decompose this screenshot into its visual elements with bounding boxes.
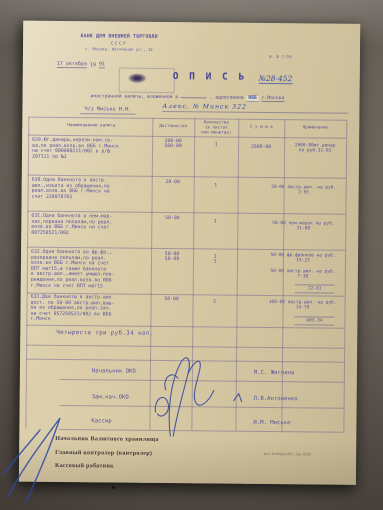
row-630-name: 630.Одна банкнота в австр. шил.,изъята и…	[32, 178, 152, 202]
row-630-denomination: 20-00	[154, 180, 192, 185]
subtitle-line: иностранной валюты, вложенной в , адресо…	[91, 91, 353, 103]
row-632-name: 632.Одна банкнота во фр.фр., разорвана п…	[31, 250, 151, 290]
table-line	[26, 345, 344, 349]
col-header-name: Наименование валюты	[32, 123, 150, 129]
bank-address: г. Москва, Неглинная ул., 12	[53, 45, 185, 53]
col-header-quantity: Количество (в листах или монетах)	[195, 120, 237, 135]
signature-rule	[60, 379, 344, 383]
row-632-note-francs: 50-00 фр.франков на руб. 15-23	[261, 253, 345, 265]
form-number: Ф. № 7/58	[269, 54, 292, 59]
footer-roles: Начальник Валютного хранилища Главный ко…	[55, 433, 159, 474]
document-number-handwritten: №28-452	[259, 74, 293, 84]
row-631-note: 50-00 нем.марок на руб. 31-00	[261, 221, 345, 233]
stamp-box	[119, 68, 175, 94]
row-631-quantity: 1	[195, 219, 235, 224]
row-631-name: 631.Одна банкнота в нем.мар- ках,порвана…	[31, 214, 151, 238]
table-line	[191, 118, 195, 430]
document-title: О П И С Ь	[173, 71, 247, 83]
row-633-denomination: 50-00	[153, 297, 191, 302]
signature-rule	[60, 405, 344, 409]
subtitle-stamp: ВББ	[246, 96, 259, 102]
signature-rule	[59, 429, 343, 433]
row-629-note: 2600-00юг.динар на руб.31-02	[285, 143, 345, 154]
signature-name-2: Л.В.Антоненко	[254, 396, 298, 402]
row-629-denomination: 100-00 500-00	[154, 139, 192, 149]
row-629-sum: 2600-00	[240, 145, 282, 150]
subtitle-city: г.Москва	[262, 96, 285, 102]
subtitle-pre: иностранной валюты, вложенной в	[91, 94, 179, 100]
via-label: Ч/з Мисько Н.Н.	[80, 106, 135, 115]
total-in-words: Четыреста три руб.34 коп.	[56, 330, 153, 337]
col-header-sum: С у м м а	[239, 125, 283, 130]
row-629-quantity: 1	[196, 142, 236, 147]
document-paper: БАНК ДЛЯ ВНЕШНЕЙ ТОРГОВЛИ СССР г. Москва…	[19, 21, 360, 485]
row-630-quantity: 1	[196, 183, 236, 188]
signature-name-1: М.С. Жиглина	[254, 370, 294, 376]
ink-stamp-smudge	[129, 74, 146, 83]
signature-role-2: Зам.нач.ОКО	[92, 394, 129, 400]
photo-background: БАНК ДЛЯ ВНЕШНЕЙ ТОРГОВЛИ СССР г. Москва…	[0, 0, 383, 510]
footer-role-vault-chief: Начальник Валютного хранилища	[55, 433, 159, 447]
via-handwriting: Алекс. № Минск 322	[162, 103, 348, 114]
row-633-quantity: 2	[195, 299, 235, 304]
footer-role-chief-controller: Главный контролер (контролер)	[55, 446, 159, 460]
signature-name-3: И.М. Мисько	[253, 420, 290, 426]
subtitle-mid: , адресована	[210, 95, 244, 100]
dust-speck	[112, 486, 115, 489]
table-line	[28, 117, 346, 121]
col-header-denomination: Достоинство	[153, 124, 193, 129]
date-year: 91	[99, 61, 105, 68]
signature-role-3: Кассир	[91, 418, 111, 424]
row-631-denomination: 50-00	[153, 216, 191, 221]
row-630-note: 20-00 австр.шил. на руб. 2-95	[262, 185, 346, 197]
col-header-note: Примечание	[285, 125, 345, 130]
table-line	[25, 117, 29, 429]
signature-role-1: Начальник ОКО	[92, 368, 136, 374]
row-632-quantity: 1 1	[195, 254, 235, 264]
total-sum: 403-34	[294, 316, 334, 326]
row-633-note: 100-00 австр.шил. на руб. 14-70	[261, 300, 345, 312]
row-633-name: 633.Две банкноты в австр.шил дост. по 50…	[30, 295, 150, 324]
date-day-month: 17 октября	[57, 61, 87, 68]
table-line	[26, 359, 344, 363]
bank-letterhead: БАНК ДЛЯ ВНЕШНЕЙ ТОРГОВЛИ СССР г. Москва…	[53, 34, 185, 53]
print-shop-info: Тип. Госбанка 80 г. Зак. 9262	[263, 452, 311, 456]
row-632-note-schillings: 50-00 австр.шил. на руб. 7-38	[261, 269, 345, 281]
footer-role-cash-worker: Кассовый работник	[55, 460, 159, 474]
date-printed-19: 19	[90, 62, 96, 68]
subtitle-blank	[181, 92, 207, 98]
row-632-denomination: 50-00 50-00	[153, 252, 191, 262]
row-629-name: 629.Юг.динары,неразм.ном.ср- ва,по реал.…	[32, 138, 152, 162]
table-line	[235, 119, 239, 431]
row-632-subtotal: 22-61	[295, 284, 335, 294]
